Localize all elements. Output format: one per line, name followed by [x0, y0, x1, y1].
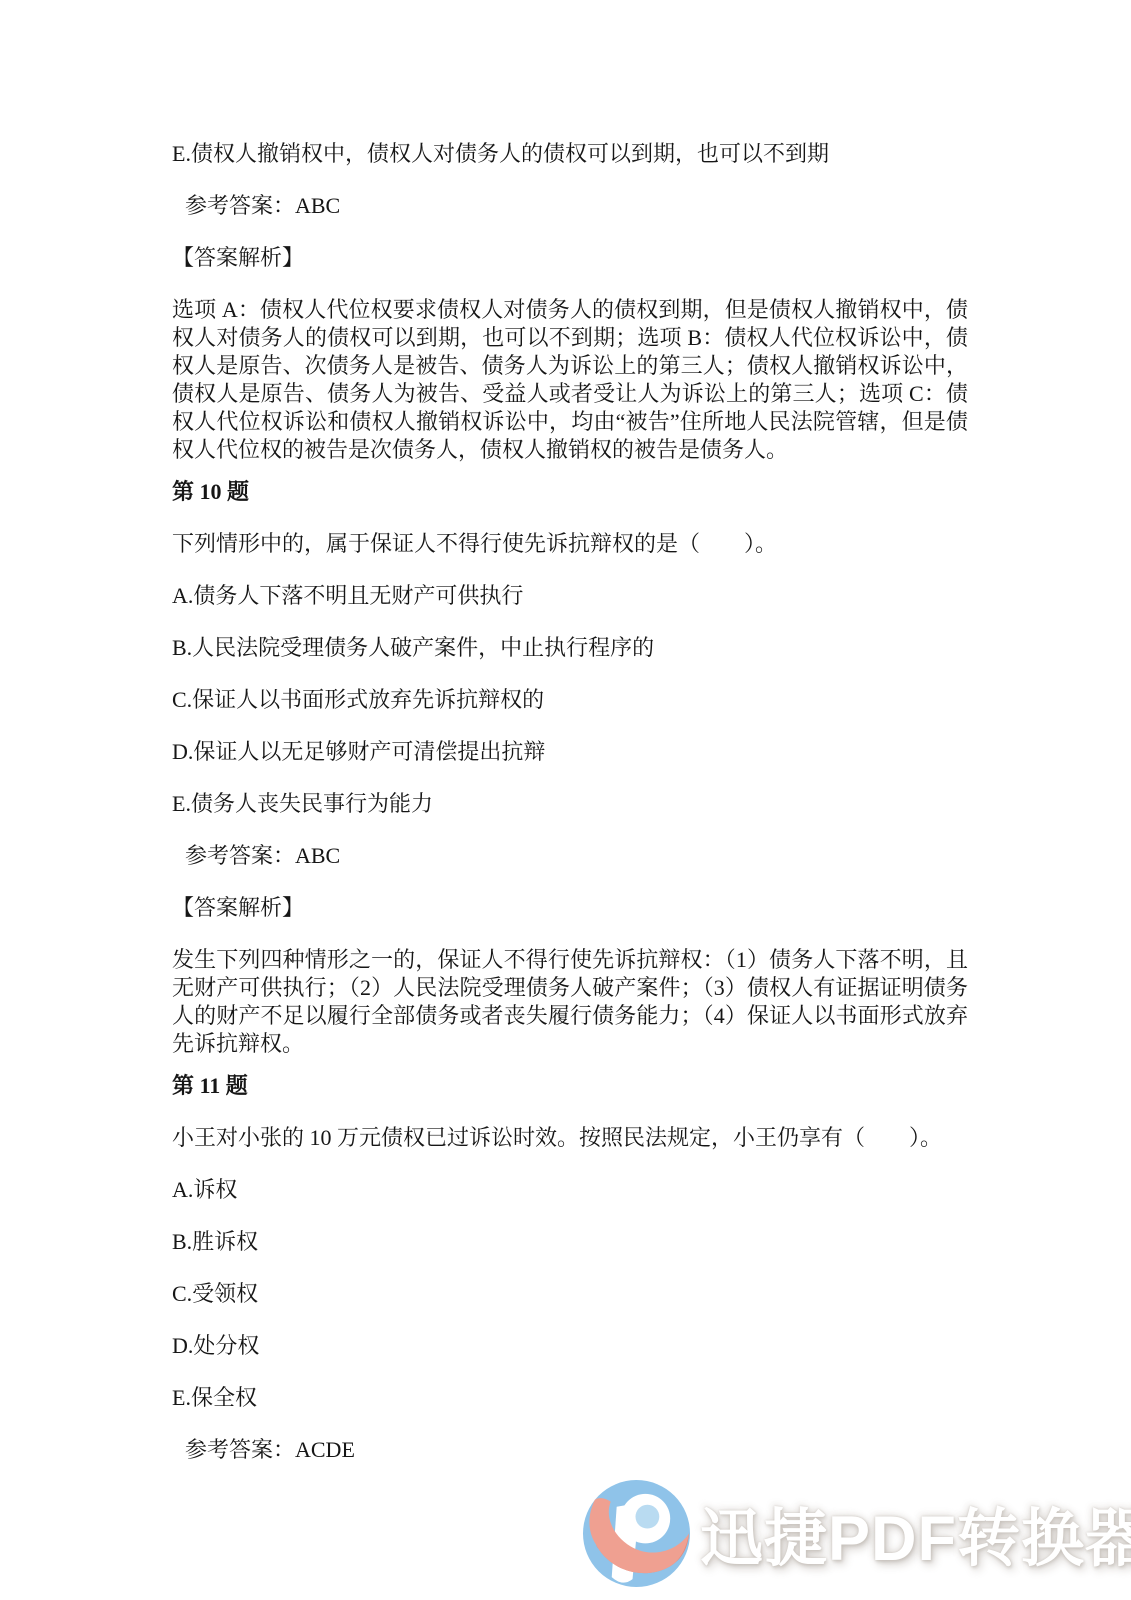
- question-10-option-c: C.保证人以书面形式放弃先诉抗辩权的: [172, 686, 968, 714]
- question-10-option-d: D.保证人以无足够财产可清偿提出抗辩: [172, 738, 968, 766]
- question-10-option-b: B.人民法院受理债务人破产案件，中止执行程序的: [172, 634, 968, 662]
- prev-question-analysis-heading: 【答案解析】: [172, 244, 968, 272]
- question-11-stem: 小王对小张的 10 万元债权已过诉讼时效。按照民法规定，小王仍享有（ ）。: [172, 1124, 968, 1152]
- prev-question-reference-answer: 参考答案：ABC: [172, 192, 968, 220]
- watermark-text: 迅捷PDF转换器: [700, 1488, 1131, 1579]
- question-10-option-e: E.债务人丧失民事行为能力: [172, 790, 968, 818]
- question-10-stem: 下列情形中的，属于保证人不得行使先诉抗辩权的是（ ）。: [172, 530, 968, 558]
- question-11-option-e: E.保全权: [172, 1384, 968, 1412]
- question-11-option-c: C.受领权: [172, 1280, 968, 1308]
- question-10-heading: 第 10 题: [172, 478, 968, 506]
- question-11-option-a: A.诉权: [172, 1176, 968, 1204]
- pdf-converter-logo-icon: [582, 1479, 691, 1588]
- prev-question-option-e: E.债权人撤销权中，债权人对债务人的债权可以到期，也可以不到期: [172, 140, 968, 168]
- question-11-option-d: D.处分权: [172, 1332, 968, 1360]
- question-11-heading: 第 11 题: [172, 1072, 968, 1100]
- question-11-option-b: B.胜诉权: [172, 1228, 968, 1256]
- question-10-analysis-heading: 【答案解析】: [172, 894, 968, 922]
- question-10-option-a: A.债务人下落不明且无财产可供执行: [172, 582, 968, 610]
- question-10-reference-answer: 参考答案：ABC: [172, 842, 968, 870]
- prev-question-analysis-text: 选项 A：债权人代位权要求债权人对债务人的债权到期，但是债权人撤销权中，债权人对…: [172, 296, 968, 464]
- document-page: E.债权人撤销权中，债权人对债务人的债权可以到期，也可以不到期 参考答案：ABC…: [0, 0, 1131, 1600]
- page-content: E.债权人撤销权中，债权人对债务人的债权可以到期，也可以不到期 参考答案：ABC…: [172, 140, 968, 1488]
- question-10-analysis-text: 发生下列四种情形之一的，保证人不得行使先诉抗辩权：（1）债务人下落不明，且无财产…: [172, 946, 968, 1058]
- watermark: 迅捷PDF转换器: [582, 1479, 1131, 1588]
- question-11-reference-answer: 参考答案：ACDE: [172, 1436, 968, 1464]
